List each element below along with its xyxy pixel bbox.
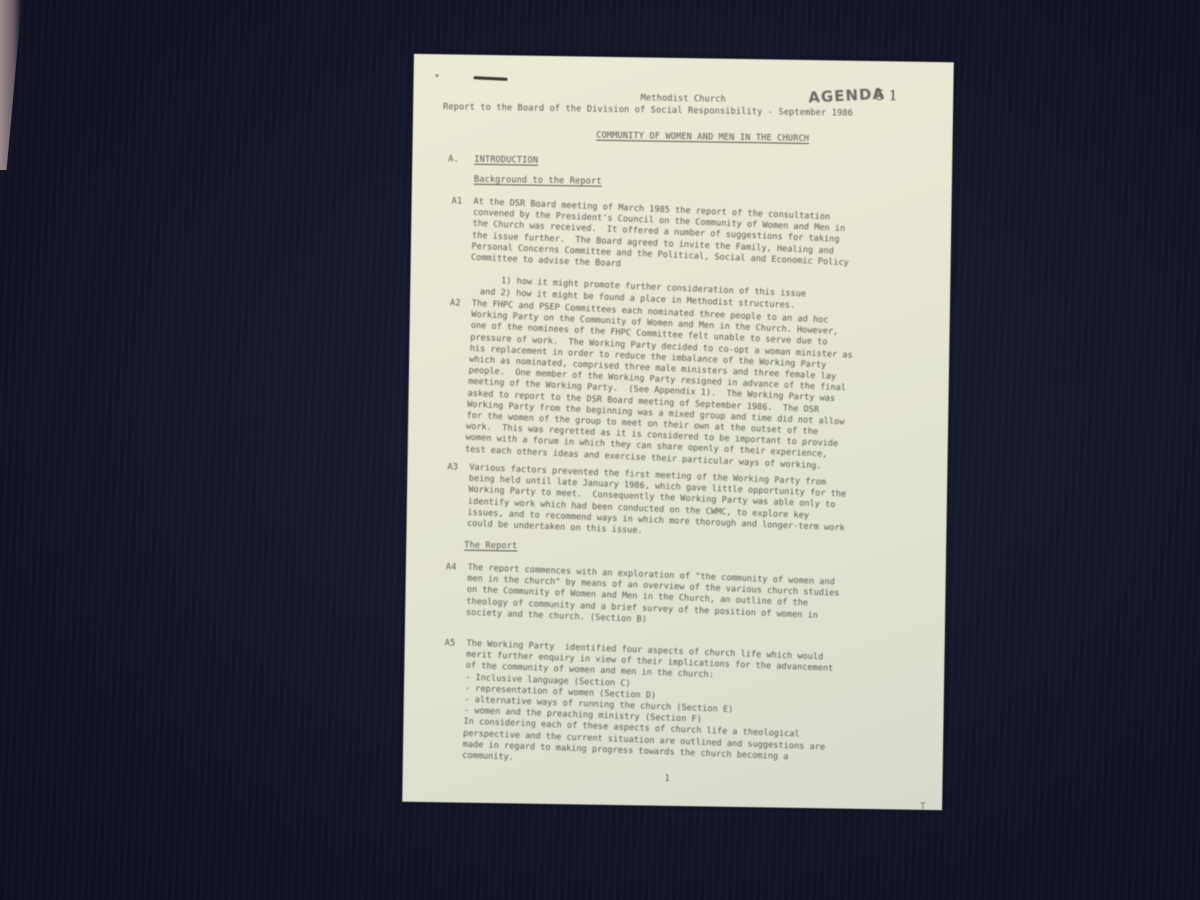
corner-mark: T bbox=[920, 802, 926, 813]
paragraph-number: A5 bbox=[445, 638, 456, 649]
paragraph-number: A3 bbox=[447, 462, 458, 473]
punch-mark bbox=[436, 74, 439, 77]
subheading-report: The Report bbox=[464, 541, 517, 553]
section-heading: INTRODUCTION bbox=[474, 155, 538, 167]
subheading-background: Background to the Report bbox=[474, 175, 602, 188]
paragraph-body: The FHPC and PSEP Committees each nomina… bbox=[465, 299, 912, 476]
paragraph-number: A2 bbox=[450, 298, 461, 309]
ink-strike-mark bbox=[473, 76, 507, 81]
paragraph-body: The report commences with an exploration… bbox=[466, 563, 908, 637]
document-title: COMMUNITY OF WOMEN AND MEN IN THE CHURCH bbox=[413, 128, 953, 148]
paragraph-body: The Working Party identified four aspect… bbox=[462, 639, 906, 779]
paragraph-number: A1 bbox=[451, 196, 462, 207]
paragraph-number: A4 bbox=[446, 562, 457, 573]
document-page: AGENDA 5 1 Methodist Church Report to th… bbox=[402, 54, 954, 810]
section-letter: A. bbox=[448, 154, 459, 165]
paragraph-body: At the DSR Board meeting of March 1985 t… bbox=[469, 197, 913, 317]
page-number: 1 bbox=[664, 774, 670, 785]
paragraph-body: Various factors prevented the first meet… bbox=[467, 463, 909, 549]
